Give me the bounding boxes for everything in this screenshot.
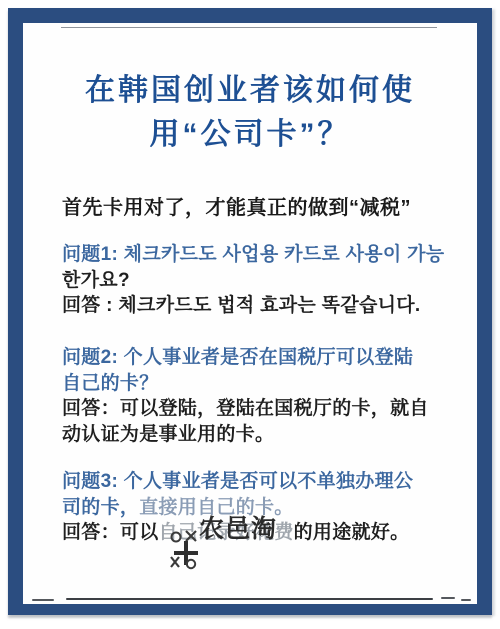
answer-3-seg-1: 回答：可以 xyxy=(62,522,159,543)
page-edge-dash-left xyxy=(32,599,54,601)
page-edge-line-top xyxy=(61,27,437,28)
qa-block-2: 问题2: 个人事业者是否在国税厅可以登陆 自己的卡？ 回答：可以登陆，登陆在国税… xyxy=(62,345,468,447)
answer-2-line-2: 动认证为是事业用的卡。 xyxy=(62,422,468,448)
question-3-line-2-seg-2: 直接用自己的卡。 xyxy=(139,497,293,518)
question-2-line-1: 问题2: 个人事业者是否在国税厅可以登陆 xyxy=(62,345,468,371)
answer-1-line-1: 回答 : 체크카드도 법적 효과는 똑같습니다. xyxy=(62,293,468,319)
question-2-line-2: 自己的卡？ xyxy=(62,371,468,397)
poster-page: 在韩国创业者该如何使 用“公司卡”？ 首先卡用对了，才能真正的做到“减税” 问题… xyxy=(23,23,477,604)
question-1-line-2: 한가요? xyxy=(62,268,468,294)
answer-3-seg-2-faded: 自己记录好花费 xyxy=(159,522,294,543)
page-edge-line-bottom xyxy=(66,598,433,600)
qa-block-1: 问题1: 체크카드도 사업용 카드로 사용이 가능 한가요? 回答 : 체크카드… xyxy=(62,242,468,319)
question-3-line-1: 问题3: 个人事业者是否可以不单独办理公 xyxy=(62,469,468,495)
answer-3-line-1: 回答：可以自己记录好花费的用途就好。 xyxy=(62,520,468,546)
title-line-2: 用“公司卡”？ xyxy=(23,113,477,157)
title-line-1: 在韩国创业者该如何使 xyxy=(23,69,477,113)
question-3-line-2: 司的卡，直接用自己的卡。 xyxy=(62,495,468,521)
page-edge-dash-right xyxy=(441,597,455,599)
poster-title: 在韩国创业者该如何使 用“公司卡”？ xyxy=(23,69,477,157)
answer-2-line-1: 回答：可以登陆，登陆在国税厅的卡，就自 xyxy=(62,396,468,422)
qa-block-3: 问题3: 个人事业者是否可以不单独办理公 司的卡，直接用自己的卡。 回答：可以自… xyxy=(62,469,468,546)
page-edge-dash-right-2 xyxy=(461,599,471,601)
answer-3-seg-3: 的用途就好。 xyxy=(294,522,410,543)
intro-text: 首先卡用对了，才能真正的做到“减税” xyxy=(62,191,411,220)
question-3-line-2-seg-1: 司的卡， xyxy=(62,497,139,518)
question-1-line-1: 问题1: 체크카드도 사업용 카드로 사용이 가능 xyxy=(62,242,468,268)
poster-frame: 在韩国创业者该如何使 用“公司卡”？ 首先卡用对了，才能真正的做到“减税” 问题… xyxy=(8,8,492,615)
